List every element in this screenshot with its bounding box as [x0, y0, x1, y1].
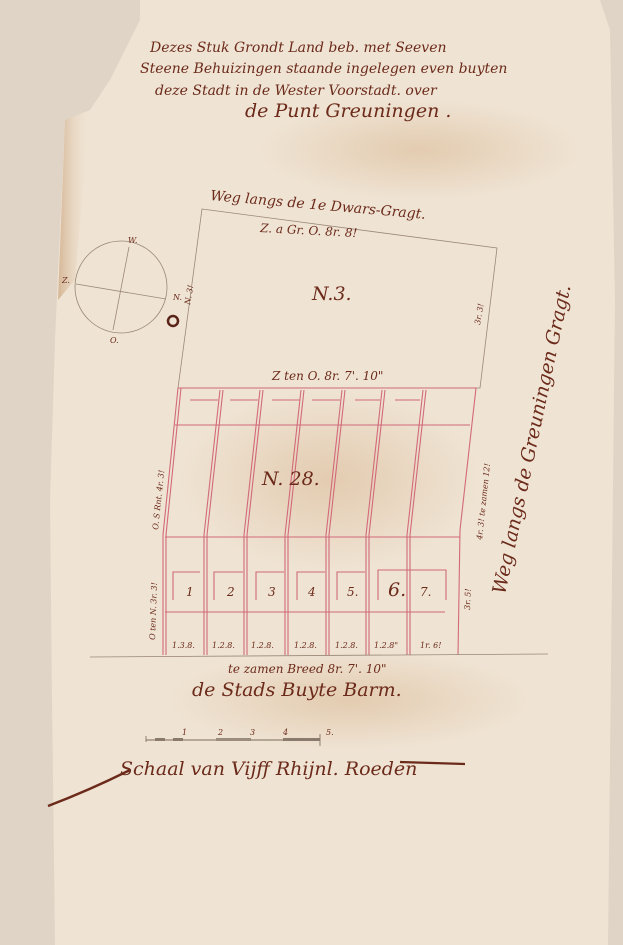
map-sheet: Dezes Stuk Grondt Land beb. met Seeven S…	[0, 0, 623, 945]
scale-tick-1: 1	[182, 728, 187, 737]
house-width: 1r. 6!	[420, 641, 441, 650]
compass-label-top: W.	[128, 236, 137, 245]
title-line-3: deze Stadt in de Wester Voorstadt. over	[155, 83, 438, 99]
house-number: 3	[268, 585, 276, 599]
house-number: 6.	[388, 579, 406, 601]
plot-n28-right-measure-lower: 3r. 5!	[463, 588, 473, 610]
compass-label-bottom: O.	[110, 336, 119, 345]
plot-n3-bottom-measure: Z ten O. 8r. 7'. 10"	[271, 369, 383, 383]
house-width: 1.2.8.	[335, 641, 358, 650]
house-width: 1.2.8.	[212, 641, 235, 650]
compass-label-right: N.	[172, 293, 182, 302]
house-width: 1.2.8.	[251, 641, 274, 650]
house-number: 2	[226, 585, 235, 599]
title-line-2: Steene Behuizingen staande ingelegen eve…	[140, 61, 507, 77]
house-width: 1.2.8.	[294, 641, 317, 650]
scale-tick-4: 4	[282, 728, 288, 737]
bottom-measure: te zamen Breed 8r. 7'. 10"	[228, 662, 387, 676]
scanned-document: Dezes Stuk Grondt Land beb. met Seeven S…	[0, 0, 623, 945]
plot-n3-label: N.3.	[311, 283, 352, 305]
house-number: 5.	[347, 585, 358, 599]
house-width: 1.3.8.	[172, 641, 195, 650]
scale-tick-5: 5.	[326, 728, 334, 737]
scale-caption: Schaal van Vijff Rhijnl. Roeden	[120, 758, 417, 780]
house-number: 1	[186, 585, 194, 599]
scale-tick-3: 3	[250, 728, 255, 737]
bottom-road-label: de Stads Buyte Barm.	[192, 679, 402, 701]
compass-label-left: Z.	[61, 276, 70, 285]
scale-tick-2: 2	[217, 728, 223, 737]
house-width: 1.2.8"	[374, 641, 398, 650]
plot-n28-label: N. 28.	[261, 468, 320, 490]
house-number: 4	[307, 585, 316, 599]
house-number: 7.	[420, 585, 431, 599]
title-line-1: Dezes Stuk Grondt Land beb. met Seeven	[149, 40, 447, 56]
title-line-4: de Punt Greuningen .	[245, 100, 451, 122]
